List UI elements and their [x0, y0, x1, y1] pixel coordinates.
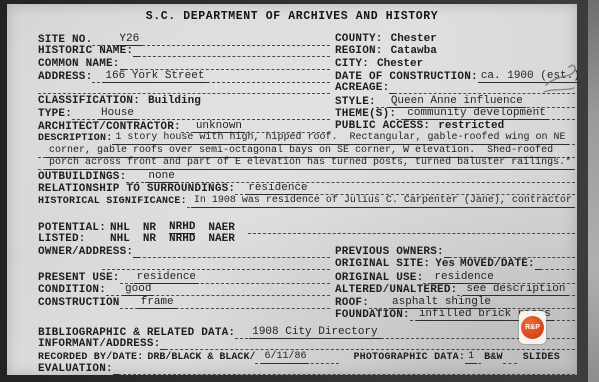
- field-common-name: COMMON NAME:: [38, 58, 330, 70]
- field-listed: LISTED: NHL NR NRHD NAER: [38, 233, 575, 245]
- blank-line: [102, 258, 330, 270]
- significance-label: HISTORICAL SIGNIFICANCE:: [38, 196, 187, 208]
- evaluation-label: EVALUATION:: [38, 363, 113, 375]
- description-text-3: porch across front and part of E elevati…: [46, 157, 574, 170]
- field-evaluation: EVALUATION:: [38, 363, 575, 375]
- blank-line: [38, 82, 330, 94]
- watermark-badge: R&P: [519, 311, 546, 344]
- altered-label: ALTERED/UNALTERED:: [335, 284, 457, 296]
- construction-label: CONSTRUCTION: [38, 297, 120, 309]
- listed-option-nr: NR: [143, 233, 156, 245]
- field-historic-name: HISTORIC NAME:: [38, 45, 330, 57]
- informant-line: [160, 338, 575, 350]
- field-significance: HISTORICAL SIGNIFICANCE: In 1908 was res…: [38, 195, 575, 208]
- watermark-logo-text: R&P: [525, 324, 540, 331]
- altered-value: see description: [463, 283, 568, 296]
- field-previous-owners: PREVIOUS OWNERS:: [335, 246, 575, 258]
- field-region: REGION: Catawba: [335, 45, 575, 57]
- previous-owners-label: PREVIOUS OWNERS:: [335, 246, 444, 258]
- field-relationship: RELATIONSHIP TO SURROUNDINGS: residence: [38, 182, 575, 195]
- relationship-line: residence: [235, 182, 575, 195]
- historic-name-line: [133, 45, 330, 57]
- type-label: TYPE:: [38, 108, 72, 120]
- foundation-label: FOUNDATION:: [335, 309, 410, 321]
- moved-date-value: [535, 269, 541, 270]
- moved-date-line: [535, 258, 575, 270]
- condition-label: CONDITION:: [38, 284, 106, 296]
- significance-value: In 1908 was residence of Julius C. Carpe…: [191, 195, 575, 208]
- address-continuation-line: [38, 82, 330, 94]
- field-owner: OWNER/ADDRESS:: [38, 246, 330, 258]
- description-continuation: porch across front and part of E elevati…: [38, 157, 575, 170]
- county-value: Chester: [391, 33, 437, 45]
- city-value: Chester: [377, 58, 423, 70]
- classification-label: CLASSIFICATION:: [38, 95, 140, 107]
- listed-option-nrhd: NRHD: [169, 233, 195, 245]
- previous-owners-line: [444, 246, 575, 258]
- description-label: DESCRIPTION:: [38, 133, 112, 145]
- field-type: TYPE: House: [38, 107, 330, 120]
- city-label: CITY:: [335, 58, 369, 70]
- type-value: House: [98, 107, 137, 120]
- condition-line: good: [106, 283, 330, 296]
- field-altered: ALTERED/UNALTERED: see description: [335, 283, 575, 296]
- watermark-logo-icon: R&P: [521, 316, 544, 339]
- public-access-value: restricted: [438, 120, 504, 132]
- field-construction: CONSTRUCTION frame: [38, 296, 330, 309]
- public-access-label: PUBLIC ACCESS:: [335, 120, 430, 132]
- field-public-access: PUBLIC ACCESS: restricted: [335, 120, 575, 132]
- form-title: S.C. DEPARTMENT OF ARCHIVES AND HISTORY: [7, 10, 577, 23]
- listed-label: LISTED:: [38, 233, 110, 245]
- themes-value: community development: [404, 107, 549, 120]
- description-line-3: porch across front and part of E elevati…: [38, 157, 575, 170]
- handwritten-mark: [539, 58, 579, 98]
- scan-edge-strip: [588, 0, 599, 382]
- evaluation-line: [113, 363, 575, 375]
- moved-date-label: MOVED/DATE:: [460, 258, 535, 270]
- informant-value: [160, 349, 166, 350]
- region-value: Catawba: [391, 45, 437, 57]
- listed-option-naer: NAER: [208, 233, 234, 245]
- description-line-1: 1 story house with high, hipped roof. Re…: [112, 132, 575, 145]
- foundation-line: infilled brick piers: [410, 308, 575, 321]
- field-original-site: ORIGINAL SITE: Yes MOVED/DATE:: [335, 258, 575, 270]
- type-line: House: [72, 107, 330, 120]
- original-site-value: Yes: [435, 258, 455, 270]
- construction-value: frame: [138, 296, 177, 309]
- field-themes: THEME(S): community development: [335, 107, 575, 120]
- significance-line: In 1908 was residence of Julius C. Carpe…: [187, 195, 575, 208]
- themes-label: THEME(S):: [335, 108, 396, 120]
- owner-continuation-line: [102, 258, 330, 270]
- field-county: COUNTY: Chester: [335, 33, 575, 45]
- common-name-label: COMMON NAME:: [38, 58, 120, 70]
- historic-name-value: [133, 56, 139, 57]
- common-name-line: [120, 58, 330, 70]
- historic-name-label: HISTORIC NAME:: [38, 45, 133, 57]
- region-label: REGION:: [335, 45, 383, 57]
- field-condition: CONDITION: good: [38, 283, 330, 296]
- description-text-1: 1 story house with high, hipped roof. Re…: [112, 132, 568, 145]
- field-description: DESCRIPTION: 1 story house with high, hi…: [38, 132, 575, 145]
- construction-line: frame: [120, 296, 330, 309]
- field-classification: CLASSIFICATION: Building: [38, 95, 330, 107]
- survey-form-card: S.C. DEPARTMENT OF ARCHIVES AND HISTORY …: [7, 4, 577, 375]
- relationship-label: RELATIONSHIP TO SURROUNDINGS:: [38, 183, 235, 195]
- original-site-label: ORIGINAL SITE:: [335, 258, 430, 270]
- classification-value: Building: [148, 95, 201, 107]
- county-label: COUNTY:: [335, 33, 383, 45]
- informant-label: INFORMANT/ADDRESS:: [38, 338, 160, 350]
- acreage-label: ACREAGE:: [335, 82, 389, 94]
- acreage-value: [389, 93, 395, 94]
- listed-option-nhl: NHL: [110, 233, 130, 245]
- evaluation-value: [113, 374, 119, 375]
- condition-value: good: [122, 283, 154, 296]
- scanned-survey-card: S.C. DEPARTMENT OF ARCHIVES AND HISTORY …: [0, 0, 599, 382]
- themes-line: community development: [396, 107, 575, 120]
- owner-line: [133, 246, 330, 258]
- altered-line: see description: [457, 283, 575, 296]
- relationship-value: residence: [245, 182, 310, 195]
- owner-label: OWNER/ADDRESS:: [38, 246, 133, 258]
- field-informant: INFORMANT/ADDRESS:: [38, 338, 575, 350]
